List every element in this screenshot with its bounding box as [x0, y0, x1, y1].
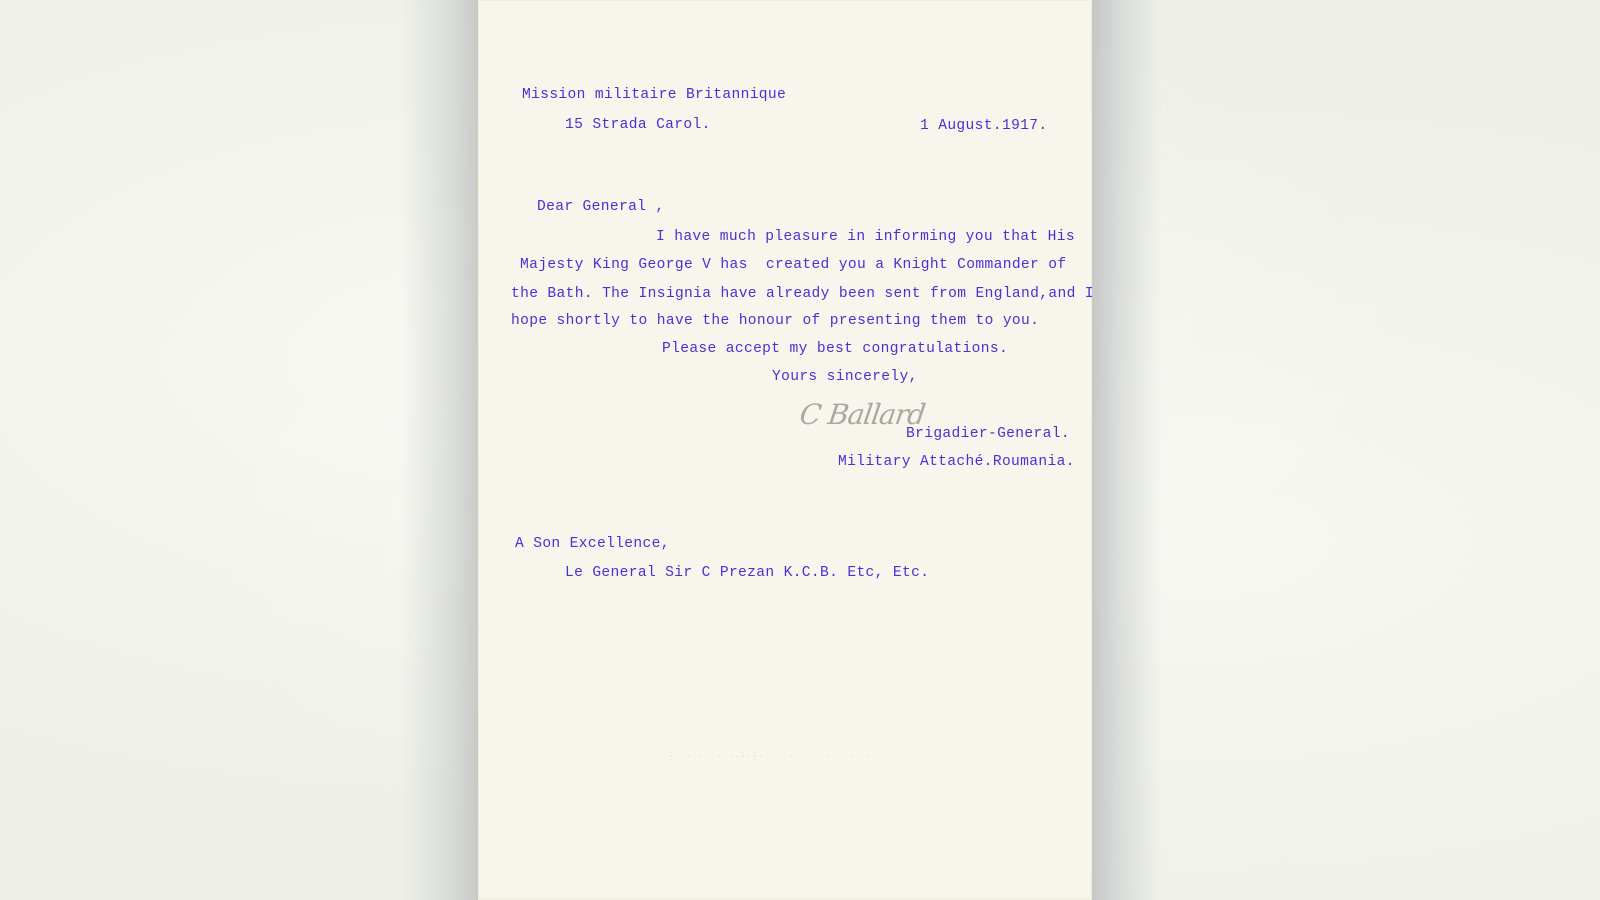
closing: Yours sincerely,: [772, 370, 918, 385]
body-line-1: I have much pleasure in informing you th…: [656, 230, 1075, 245]
body-line-5: Please accept my best congratulations.: [662, 342, 1008, 357]
bleed-through-marks: : . . . ..:.:. . . . .: [668, 750, 872, 761]
page-shadow-right: [1092, 0, 1162, 900]
header-address: 15 Strada Carol.: [565, 118, 711, 133]
body-line-2: Majesty King George V has created you a …: [520, 258, 1066, 273]
signatory-rank: Brigadier-General.: [906, 427, 1070, 442]
body-line-3: the Bath. The Insignia have already been…: [511, 287, 1094, 302]
page-shadow-left: [400, 0, 478, 900]
header-organization: Mission militaire Britannique: [522, 88, 786, 103]
letter-date: 1 August.1917.: [920, 119, 1048, 134]
letter-page: Mission militaire Britannique 15 Strada …: [478, 0, 1092, 900]
addressee-line-2: Le General Sir C Prezan K.C.B. Etc, Etc.: [565, 566, 929, 581]
addressee-line-1: A Son Excellence,: [515, 537, 670, 552]
body-line-4: hope shortly to have the honour of prese…: [511, 314, 1039, 329]
salutation: Dear General ,: [537, 200, 665, 215]
signatory-title: Military Attaché.Roumania.: [838, 455, 1075, 470]
